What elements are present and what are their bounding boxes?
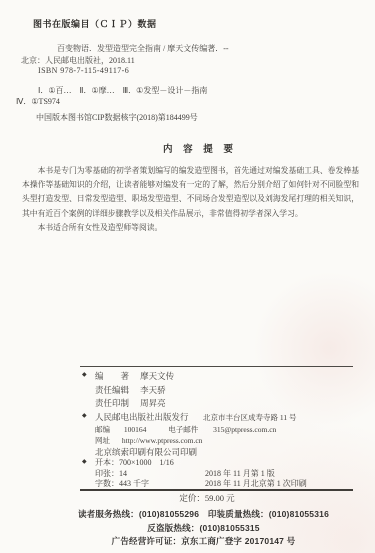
summary-paragraph-1: 本书是专门为零基础的初学者策划编写的编发造型图书，首先通过对编发基础工具、卷发棒…	[22, 164, 359, 221]
website-row: 网址 http://www.ptpress.com.cn	[95, 435, 202, 446]
sheets-value: 印张：14	[95, 469, 127, 478]
diamond-bullet-icon: ◆	[82, 371, 87, 378]
email-label: 电子邮件	[168, 425, 198, 434]
cip-title: 图书在版编目（ＣＩＰ）数据	[33, 17, 157, 30]
summary-paragraph-2: 本书适合所有女性及造型师等阅读。	[22, 221, 359, 235]
credit-value: 李天骄	[140, 385, 166, 395]
format-value: 开本：700×1000 1/16	[95, 458, 174, 467]
word-count-value: 字数：443 千字	[95, 479, 149, 488]
credit-label: 责任编辑	[95, 384, 138, 396]
postcode-label: 邮编	[95, 425, 110, 434]
cip-record-line-3: ISBN 978-7-115-49117-6	[38, 66, 129, 75]
website-label: 网址	[95, 436, 110, 445]
hotline-line-2: 反盗版热线：(010)81055315	[31, 522, 375, 534]
wordcount-printing-row: 字数：443 千字 2018 年 11 月北京第 1 次印刷	[95, 478, 149, 489]
credit-value: 摩天文传	[140, 371, 174, 381]
publisher-row: ◆ 人民邮电出版社出版发行 北京市丰台区成寿寺路 11 号	[95, 411, 189, 423]
credit-value: 周昇亮	[140, 398, 166, 408]
summary-heading: 内 容 提 要	[25, 141, 375, 155]
cip-classification-line-1: Ⅰ．①百… Ⅱ．①摩… Ⅲ．①发型－设计－指南	[38, 85, 207, 96]
colophon-divider-bottom	[80, 489, 353, 491]
cip-record-line-1: 百变物语．发型造型完全指南 / 摩天文传编著．--	[57, 43, 229, 54]
cip-registry-number: 中国版本图书馆CIP数据核字(2018)第184499号	[36, 112, 198, 123]
diamond-bullet-icon: ◆	[82, 412, 87, 419]
postcode-email-row: 邮编 100164 电子邮件 315@ptpress.com.cn	[95, 424, 276, 435]
hotline-line-1: 读者服务热线：(010)81055296 印装质量热线：(010)8105531…	[31, 508, 375, 520]
credit-row-print-supervisor: 责任印制 周昇亮	[95, 397, 166, 409]
credit-label: 编 著	[95, 370, 138, 382]
colophon-divider-top	[80, 366, 353, 367]
publisher-address: 北京市丰台区成寿寺路 11 号	[203, 412, 296, 423]
publisher-name: 人民邮电出版社出版发行	[95, 412, 189, 422]
credit-row-author: ◆ 编 著 摩天文传	[95, 370, 174, 382]
copyright-page: 图书在版编目（ＣＩＰ）数据 百变物语．发型造型完全指南 / 摩天文传编著．-- …	[0, 0, 375, 553]
format-row: ◆ 开本：700×1000 1/16	[95, 457, 174, 468]
postcode-value: 100164	[124, 425, 147, 434]
printing-value: 2018 年 11 月北京第 1 次印刷	[205, 478, 307, 489]
email-value: 315@ptpress.com.cn	[213, 425, 276, 434]
credit-label: 责任印制	[95, 397, 138, 409]
website-value: http://www.ptpress.com.cn	[122, 436, 203, 445]
price: 定价：59.00 元	[66, 492, 348, 504]
cip-classification-line-2: Ⅳ．①TS974	[16, 96, 60, 107]
ad-license-line: 广告经营许可证：京东工商广登字 20170147 号	[31, 535, 375, 547]
cip-record-line-2: 北京：人民邮电出版社，2018.11	[21, 55, 135, 66]
diamond-bullet-icon: ◆	[82, 458, 87, 465]
credit-row-editor: 责任编辑 李天骄	[95, 384, 166, 396]
